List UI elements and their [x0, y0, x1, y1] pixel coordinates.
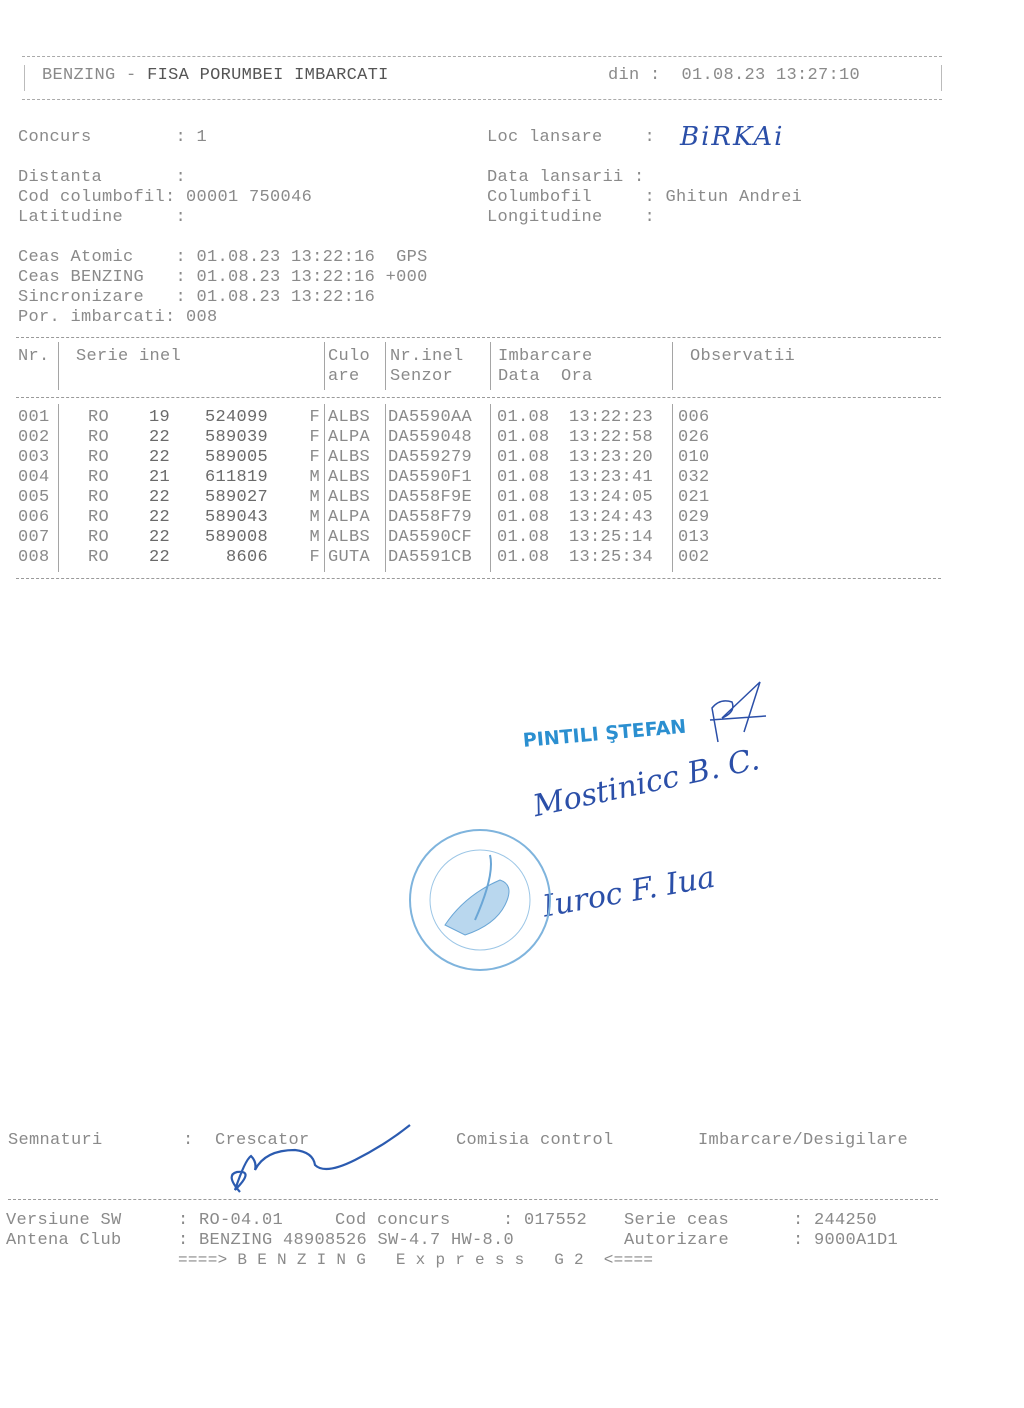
label: Columbofil :: [487, 188, 655, 207]
serie-ceas-value: : 244250: [793, 1211, 877, 1230]
table-row: 007RO22589008MALBSDA5590CF01.0813:25:140…: [0, 528, 940, 548]
cell-senzor: DA5590AA: [388, 408, 488, 428]
din-label: din :: [608, 66, 661, 85]
header-title-line: BENZING - FISA PORUMBEI IMBARCATI: [42, 66, 389, 85]
cell-tara: RO: [88, 408, 118, 428]
cell-sex: F: [300, 408, 320, 428]
cell-senzor: DA5591CB: [388, 548, 488, 568]
signature-1: Mostinicc B. C.: [530, 742, 763, 824]
label: Sincronizare :: [18, 288, 186, 307]
cell-data: 01.08: [497, 548, 557, 568]
cell-an: 22: [149, 428, 179, 448]
cell-ora: 13:23:41: [569, 468, 669, 488]
th-imbarcare-1: Imbarcare: [498, 347, 593, 366]
cell-ora: 13:25:14: [569, 528, 669, 548]
value: 01.08.23 13:22:16 +000: [197, 268, 428, 287]
cell-ora: 13:24:05: [569, 488, 669, 508]
cell-an: 22: [149, 488, 179, 508]
cell-serie: 589043: [190, 508, 268, 528]
footer-rule: [8, 1199, 938, 1200]
cell-sex: M: [300, 468, 320, 488]
cell-culoare: ALBS: [328, 408, 383, 428]
value: 01.08.23 13:22:16 GPS: [197, 248, 428, 267]
th-culoare-1: Culo: [328, 347, 370, 366]
antena-label: Antena Club: [6, 1231, 122, 1250]
cell-serie: 589005: [190, 448, 268, 468]
label: Cod columbofil:: [18, 188, 176, 207]
cell-serie: 589027: [190, 488, 268, 508]
cell-ora: 13:22:23: [569, 408, 669, 428]
table-row: 002RO22589039FALPADA55904801.0813:22:580…: [0, 428, 940, 448]
header-title: FISA PORUMBEI IMBARCATI: [147, 66, 389, 85]
antena-value: : BENZING 48908526 SW-4.7 HW-8.0: [178, 1231, 514, 1250]
imbarcare-label: Imbarcare/Desigilare: [698, 1131, 908, 1150]
cell-senzor: DA5590CF: [388, 528, 488, 548]
info-loc-lansare: Loc lansare :: [487, 128, 655, 147]
col-sep: [385, 342, 386, 390]
header-brand: BENZING: [42, 66, 116, 85]
cell-sex: F: [300, 548, 320, 568]
cell-data: 01.08: [497, 488, 557, 508]
cell-culoare: ALBS: [328, 468, 383, 488]
signature-scribble-icon: [700, 672, 770, 752]
label: Data lansarii :: [487, 168, 645, 187]
cell-tara: RO: [88, 548, 118, 568]
clock-benzing: Ceas BENZING : 01.08.23 13:22:16 +000: [18, 268, 428, 287]
cell-data: 01.08: [497, 448, 557, 468]
cell-nr: 001: [18, 408, 58, 428]
col-sep: [490, 342, 491, 390]
label: Ceas Atomic :: [18, 248, 186, 267]
cell-sex: F: [300, 448, 320, 468]
cell-serie: 8606: [190, 548, 268, 568]
cell-an: 22: [149, 528, 179, 548]
benzing-banner: ====> B E N Z I N G E x p r e s s G 2 <=…: [178, 1251, 653, 1269]
cell-culoare: ALBS: [328, 488, 383, 508]
label: Longitudine :: [487, 208, 655, 227]
cell-culoare: ALBS: [328, 448, 383, 468]
cell-ora: 13:25:34: [569, 548, 669, 568]
cell-data: 01.08: [497, 528, 557, 548]
label: Por. imbarcati:: [18, 308, 176, 327]
cell-senzor: DA5590F1: [388, 468, 488, 488]
label: Ceas BENZING :: [18, 268, 186, 287]
cell-an: 19: [149, 408, 179, 428]
cell-an: 22: [149, 548, 179, 568]
cell-culoare: ALBS: [328, 528, 383, 548]
cell-an: 22: [149, 448, 179, 468]
table-row: 004RO21611819MALBSDA5590F101.0813:23:410…: [0, 468, 940, 488]
crescator-signature-icon: [215, 1120, 415, 1205]
cell-obs: 010: [678, 448, 728, 468]
loc-lansare-handwritten: BiRKAi: [680, 122, 784, 152]
label: Distanta :: [18, 168, 186, 187]
cell-an: 22: [149, 508, 179, 528]
autorizare-label: Autorizare: [624, 1231, 729, 1250]
serie-ceas-label: Serie ceas: [624, 1211, 729, 1230]
cell-tara: RO: [88, 468, 118, 488]
th-imbarcare-2: Data Ora: [498, 367, 593, 386]
label: Loc lansare :: [487, 128, 655, 147]
cod-concurs-value: : 017552: [503, 1211, 587, 1230]
cell-obs: 021: [678, 488, 728, 508]
cell-senzor: DA559279: [388, 448, 488, 468]
cell-culoare: GUTA: [328, 548, 383, 568]
label: Latitudine :: [18, 208, 186, 227]
cell-obs: 006: [678, 408, 728, 428]
table-row: 001RO19524099FALBSDA5590AA01.0813:22:230…: [0, 408, 940, 428]
cell-obs: 032: [678, 468, 728, 488]
cell-data: 01.08: [497, 468, 557, 488]
table-row: 008RO228606FGUTADA5591CB01.0813:25:34002: [0, 548, 940, 568]
cell-data: 01.08: [497, 428, 557, 448]
cell-nr: 004: [18, 468, 58, 488]
cell-nr: 008: [18, 548, 58, 568]
info-cod-columbofil: Cod columbofil: 00001 750046: [18, 188, 312, 207]
th-senzor-2: Senzor: [390, 367, 453, 386]
cell-culoare: ALPA: [328, 508, 383, 528]
cell-nr: 002: [18, 428, 58, 448]
cell-sex: F: [300, 428, 320, 448]
col-sep: [58, 342, 59, 390]
th-nr: Nr.: [18, 347, 50, 366]
cell-senzor: DA559048: [388, 428, 488, 448]
cell-tara: RO: [88, 528, 118, 548]
value: 008: [186, 308, 218, 327]
cell-nr: 003: [18, 448, 58, 468]
cell-serie: 589008: [190, 528, 268, 548]
info-columbofil: Columbofil : Ghitun Andrei: [487, 188, 802, 207]
table-header-rule: [16, 397, 941, 398]
cell-data: 01.08: [497, 508, 557, 528]
cell-obs: 029: [678, 508, 728, 528]
col-sep: [324, 342, 325, 390]
cell-nr: 007: [18, 528, 58, 548]
cell-serie: 589039: [190, 428, 268, 448]
info-longitudine: Longitudine :: [487, 208, 666, 227]
semnaturi-sep: :: [183, 1131, 194, 1150]
cell-tara: RO: [88, 488, 118, 508]
cell-tara: RO: [88, 448, 118, 468]
cell-serie: 611819: [190, 468, 268, 488]
clock-atomic: Ceas Atomic : 01.08.23 13:22:16 GPS: [18, 248, 428, 267]
cell-tara: RO: [88, 428, 118, 448]
cell-serie: 524099: [190, 408, 268, 428]
col-sep: [672, 342, 673, 390]
din-value: 01.08.23 13:27:10: [682, 66, 861, 85]
table-row: 006RO22589043MALPADA558F7901.0813:24:430…: [0, 508, 940, 528]
cell-ora: 13:22:58: [569, 428, 669, 448]
header-separator: -: [126, 66, 137, 85]
autorizare-value: : 9000A1D1: [793, 1231, 898, 1250]
value: 1: [197, 128, 208, 147]
signature-2: Iuroc F. Iua: [540, 860, 718, 925]
comisia-label: Comisia control: [456, 1131, 614, 1150]
cell-nr: 006: [18, 508, 58, 528]
info-latitudine: Latitudine :: [18, 208, 197, 227]
cell-nr: 005: [18, 488, 58, 508]
cell-sex: M: [300, 528, 320, 548]
info-distanta: Distanta :: [18, 168, 197, 187]
cell-obs: 013: [678, 528, 728, 548]
porumbei-imbarcati: Por. imbarcati: 008: [18, 308, 218, 327]
table-row: 003RO22589005FALBSDA55927901.0813:23:200…: [0, 448, 940, 468]
cell-sex: M: [300, 508, 320, 528]
semnaturi-label: Semnaturi: [8, 1131, 103, 1150]
table-row: 005RO22589027MALBSDA558F9E01.0813:24:050…: [0, 488, 940, 508]
table-top-rule: [16, 337, 941, 338]
table-bottom-rule: [16, 578, 941, 579]
cell-tara: RO: [88, 508, 118, 528]
versiune-label: Versiune SW: [6, 1211, 122, 1230]
value: Ghitun Andrei: [666, 188, 803, 207]
versiune-value: : RO-04.01: [178, 1211, 283, 1230]
cell-ora: 13:24:43: [569, 508, 669, 528]
info-concurs: Concurs : 1: [18, 128, 207, 147]
info-data-lansarii: Data lansarii :: [487, 168, 655, 187]
header-date: din : 01.08.23 13:27:10: [608, 66, 860, 85]
cell-obs: 026: [678, 428, 728, 448]
th-senzor-1: Nr.inel: [390, 347, 464, 366]
stamp-name: PINTILI ŞTEFAN: [522, 716, 687, 752]
cell-sex: M: [300, 488, 320, 508]
cell-culoare: ALPA: [328, 428, 383, 448]
cell-data: 01.08: [497, 408, 557, 428]
club-seal-icon: [405, 825, 555, 975]
label: Concurs :: [18, 128, 186, 147]
cod-concurs-label: Cod concurs: [335, 1211, 451, 1230]
th-observatii: Observatii: [690, 347, 795, 366]
cell-senzor: DA558F79: [388, 508, 488, 528]
cell-an: 21: [149, 468, 179, 488]
cell-obs: 002: [678, 548, 728, 568]
cell-senzor: DA558F9E: [388, 488, 488, 508]
th-culoare-2: are: [328, 367, 360, 386]
clock-sincronizare: Sincronizare : 01.08.23 13:22:16: [18, 288, 375, 307]
cell-ora: 13:23:20: [569, 448, 669, 468]
value: 00001 750046: [186, 188, 312, 207]
value: 01.08.23 13:22:16: [197, 288, 376, 307]
th-serie-inel: Serie inel: [76, 347, 181, 366]
